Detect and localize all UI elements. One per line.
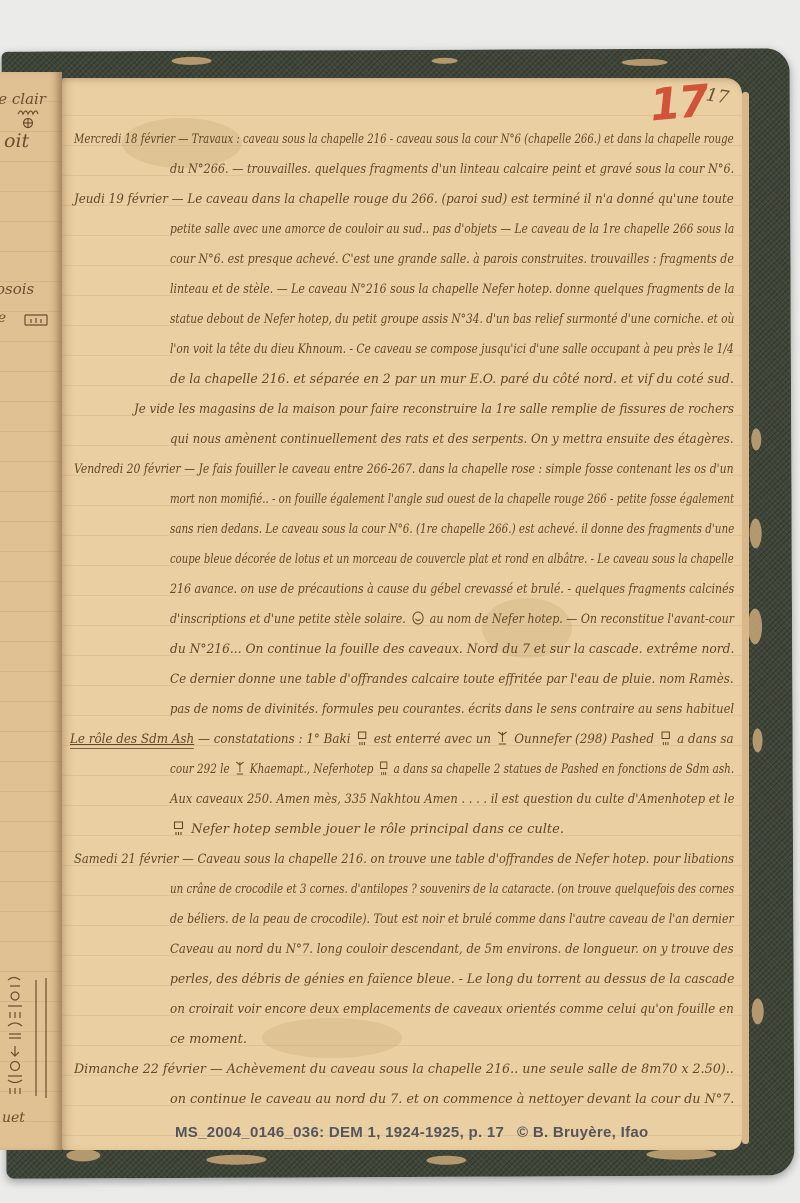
manuscript-line: cour N°6. est presque achevé. C'est une … xyxy=(70,245,736,275)
manuscript-line: linteau et de stèle. — Le caveau N°216 s… xyxy=(70,275,736,305)
margin-note: ve xyxy=(0,310,6,326)
hieroglyph-sketch-icon xyxy=(24,312,50,328)
margin-note: oit xyxy=(4,130,29,152)
manuscript-line: 216 avance. on use de précautions à caus… xyxy=(70,575,736,605)
page-number-ink: 17 xyxy=(704,84,730,108)
manuscript-line: d'inscriptions et d'une petite stèle sol… xyxy=(70,605,736,635)
manuscript-line: on croirait voir encore deux emplacement… xyxy=(70,995,736,1025)
manuscript-line: sans rien dedans. Le caveau sous la cour… xyxy=(70,515,736,545)
manuscript-line: cour 292 le Khaemapt., Neferhotep a dans… xyxy=(70,755,736,785)
caption-credit: © B. Bruyère, Ifao xyxy=(517,1124,649,1141)
manuscript-line: Jeudi 19 février — Le caveau dans la cha… xyxy=(70,185,736,215)
manuscript-lines: Mercredi 18 février — Travaux : caveau s… xyxy=(70,125,736,1115)
manuscript-line: de béliers. de la peau de crocodile). To… xyxy=(70,905,736,935)
manuscript-line: Vendredi 20 février — Je fais fouiller l… xyxy=(70,455,736,485)
wear-mark xyxy=(206,1155,266,1165)
manuscript-line: on continue le caveau au nord du 7. et o… xyxy=(70,1085,736,1115)
section-heading: Le rôle des Sdm Ash xyxy=(70,732,194,749)
scanned-notebook-photo: me clair oit osois ve xyxy=(0,0,800,1203)
hieroglyph-plant-sign-icon xyxy=(497,730,509,746)
manuscript-line: de la chapelle 216. et séparée en 2 par … xyxy=(70,365,736,395)
manuscript-line: qui nous amènent continuellement des rat… xyxy=(70,425,736,455)
manuscript-page: Mercredi 18 février — Travaux : caveau s… xyxy=(62,78,742,1150)
page-number-red-crayon: 17 xyxy=(648,80,709,129)
manuscript-line: Ce dernier donne une table d'offrandes c… xyxy=(70,665,736,695)
manuscript-line: du N°266. — trouvailles. quelques fragme… xyxy=(70,155,736,185)
manuscript-line: Le rôle des Sdm Ash — constatations : 1°… xyxy=(70,725,736,755)
hieroglyph-sign-icon xyxy=(172,820,185,836)
manuscript-line: l'on voit la tête du dieu Khnoum. - Ce c… xyxy=(70,335,736,365)
manuscript-line: mort non momifié.. - on fouille égalemen… xyxy=(70,485,736,515)
wear-mark xyxy=(622,59,668,66)
hieroglyph-sign-icon xyxy=(356,730,368,746)
manuscript-line: Nefer hotep semble jouer le rôle princip… xyxy=(70,815,736,845)
caption-reference: MS_2004_0146_036: DEM 1, 1924-1925, p. 1… xyxy=(175,1124,504,1141)
margin-note: osois xyxy=(0,280,34,298)
manuscript-line: Dimanche 22 février — Achèvement du cave… xyxy=(70,1055,736,1085)
solar-stela-sketch-icon xyxy=(411,610,425,626)
manuscript-line: petite salle avec une amorce de couloir … xyxy=(70,215,736,245)
manuscript-line: coupe bleue décorée de lotus et un morce… xyxy=(70,545,736,575)
manuscript-line: Mercredi 18 février — Travaux : caveau s… xyxy=(70,125,736,155)
wear-mark xyxy=(172,57,212,65)
hieroglyph-sketch-icon xyxy=(16,108,42,132)
wear-mark xyxy=(432,58,458,64)
manuscript-line: un crâne de crocodile et 3 cornes. d'ant… xyxy=(70,875,736,905)
manuscript-line: du N°216... On continue la fouille des c… xyxy=(70,635,736,665)
archive-caption: MS_2004_0146_036: DEM 1, 1924-1925, p. 1… xyxy=(62,1122,742,1148)
wear-mark xyxy=(66,1149,100,1161)
wear-mark xyxy=(646,1149,716,1160)
manuscript-line: perles, des débris de génies en faïence … xyxy=(70,965,736,995)
manuscript-line: pas de noms de divinités. formules peu c… xyxy=(70,695,736,725)
wear-mark xyxy=(753,728,763,752)
manuscript-line: Aux caveaux 250. Amen mès, 335 Nakhtou A… xyxy=(70,785,736,815)
manuscript-line: ce moment. xyxy=(70,1025,736,1055)
manuscript-line: Je vide les magasins de la maison pour f… xyxy=(70,395,736,425)
manuscript-line: statue debout de Nefer hotep, du petit g… xyxy=(70,305,736,335)
hieroglyph-sign-icon xyxy=(378,760,388,776)
hieroglyph-sign-icon xyxy=(660,730,672,746)
manuscript-line: Samedi 21 février — Caveau sous la chape… xyxy=(70,845,736,875)
wear-mark xyxy=(426,1156,466,1165)
margin-note: me clair xyxy=(0,90,46,108)
margin-note: uet xyxy=(2,1110,25,1126)
hieroglyph-column-sketch-icon xyxy=(2,974,54,1108)
hieroglyph-plant-sign-icon xyxy=(235,760,245,776)
manuscript-line: Caveau au nord du N°7. long couloir desc… xyxy=(70,935,736,965)
previous-page-edge: me clair oit osois ve xyxy=(0,72,62,1150)
